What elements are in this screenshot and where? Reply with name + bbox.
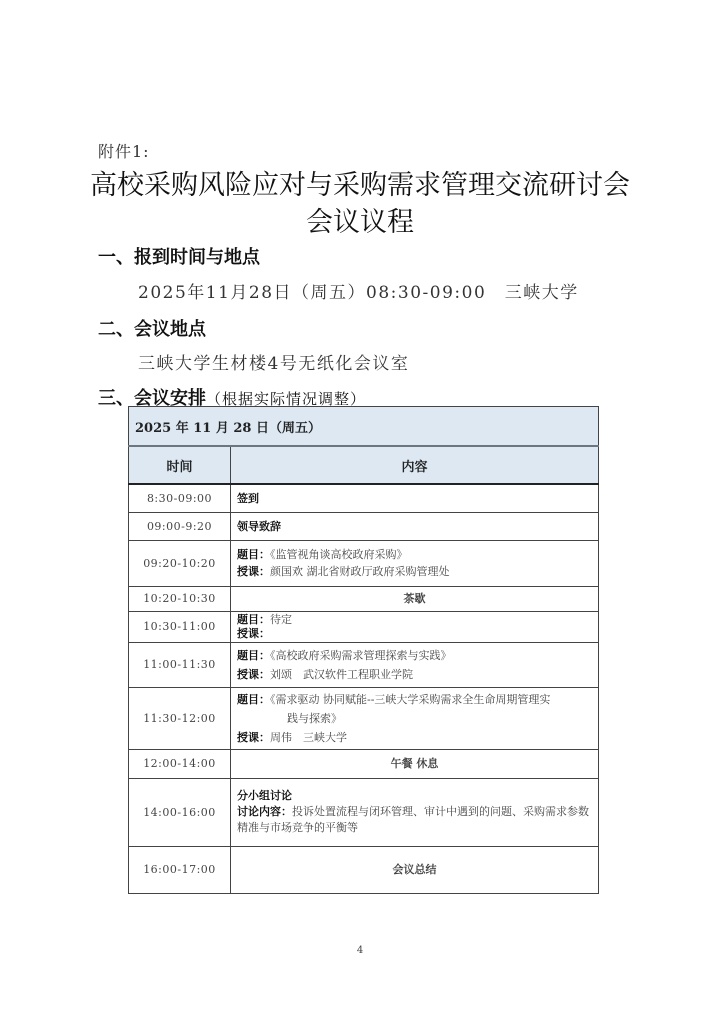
attachment-label: 附件1: bbox=[98, 139, 150, 162]
table-row: 10:30-11:00 题目：待定 授课： bbox=[129, 611, 599, 642]
row-time: 09:00-9:20 bbox=[129, 512, 231, 540]
row-content: 茶歇 bbox=[231, 586, 599, 611]
row-content: 会议总结 bbox=[231, 846, 599, 893]
row-time: 12:00-14:00 bbox=[129, 749, 231, 778]
speaker-text: 周伟 三峡大学 bbox=[270, 731, 347, 744]
row-time: 10:20-10:30 bbox=[129, 586, 231, 611]
speaker-label: 授课： bbox=[237, 731, 270, 744]
table-row: 8:30-09:00 签到 bbox=[129, 484, 599, 512]
topic-label: 题目： bbox=[237, 649, 270, 662]
discussion-title: 分小组讨论 bbox=[237, 788, 592, 804]
discussion-content-label: 讨论内容： bbox=[237, 805, 292, 818]
topic-label: 题目： bbox=[237, 548, 270, 561]
page-number: 4 bbox=[0, 945, 720, 956]
table-row: 14:00-16:00 分小组讨论 讨论内容：投诉处置流程与闭环管理、审计中遇到… bbox=[129, 778, 599, 846]
speaker-label: 授课： bbox=[237, 565, 270, 578]
agenda-column-headers: 时间 内容 bbox=[129, 446, 599, 484]
column-header-content: 内容 bbox=[231, 446, 599, 484]
topic-text-continued: 践与探索》 bbox=[237, 709, 592, 728]
topic-text: 《需求驱动 协同赋能--三峡大学采购需求全生命周期管理实 bbox=[270, 693, 550, 706]
topic-text: 待定 bbox=[270, 613, 292, 626]
speaker-label: 授课： bbox=[237, 668, 270, 681]
agenda-date: 2025 年 11 月 28 日（周五） bbox=[129, 407, 599, 447]
section-heading-registration: 一、报到时间与地点 bbox=[98, 243, 260, 269]
topic-label: 题目： bbox=[237, 693, 270, 706]
registration-details: 2025年11月28日（周五）08:30-09:00 三峡大学 bbox=[138, 278, 579, 303]
row-time: 14:00-16:00 bbox=[129, 778, 231, 846]
document-page: 附件1: 高校采购风险应对与采购需求管理交流研讨会 会议议程 一、报到时间与地点… bbox=[0, 0, 720, 1018]
document-subtitle: 会议议程 bbox=[0, 200, 720, 239]
row-time: 11:30-12:00 bbox=[129, 687, 231, 749]
row-content: 签到 bbox=[237, 492, 259, 505]
row-time: 09:20-10:20 bbox=[129, 540, 231, 586]
topic-text: 《高校政府采购需求管理探索与实践》 bbox=[270, 649, 452, 662]
speaker-text: 颜国欢 湖北省财政厅政府采购管理处 bbox=[270, 565, 450, 578]
row-content: 午餐 休息 bbox=[231, 749, 599, 778]
topic-label: 题目： bbox=[237, 613, 270, 626]
table-row: 16:00-17:00 会议总结 bbox=[129, 846, 599, 893]
topic-text: 《监管视角谈高校政府采购》 bbox=[270, 548, 408, 561]
row-time: 11:00-11:30 bbox=[129, 642, 231, 687]
table-row: 09:00-9:20 领导致辞 bbox=[129, 512, 599, 540]
row-time: 16:00-17:00 bbox=[129, 846, 231, 893]
table-row: 11:00-11:30 题目：《高校政府采购需求管理探索与实践》 授课：刘颂 武… bbox=[129, 642, 599, 687]
section-heading-venue: 二、会议地点 bbox=[98, 315, 206, 341]
table-row: 10:20-10:30 茶歇 bbox=[129, 586, 599, 611]
row-content: 领导致辞 bbox=[237, 520, 281, 533]
document-title: 高校采购风险应对与采购需求管理交流研讨会 bbox=[0, 163, 720, 202]
speaker-text: 刘颂 武汉软件工程职业学院 bbox=[270, 668, 413, 681]
table-row: 09:20-10:20 题目：《监管视角谈高校政府采购》 授课：颜国欢 湖北省财… bbox=[129, 540, 599, 586]
row-time: 8:30-09:00 bbox=[129, 484, 231, 512]
table-row: 11:30-12:00 题目：《需求驱动 协同赋能--三峡大学采购需求全生命周期… bbox=[129, 687, 599, 749]
table-row: 12:00-14:00 午餐 休息 bbox=[129, 749, 599, 778]
column-header-time: 时间 bbox=[129, 446, 231, 484]
agenda-date-row: 2025 年 11 月 28 日（周五） bbox=[129, 407, 599, 447]
row-time: 10:30-11:00 bbox=[129, 611, 231, 642]
venue-details: 三峡大学生材楼4号无纸化会议室 bbox=[138, 349, 409, 374]
speaker-label: 授课： bbox=[237, 627, 270, 640]
agenda-table: 2025 年 11 月 28 日（周五） 时间 内容 8:30-09:00 签到… bbox=[128, 406, 599, 894]
